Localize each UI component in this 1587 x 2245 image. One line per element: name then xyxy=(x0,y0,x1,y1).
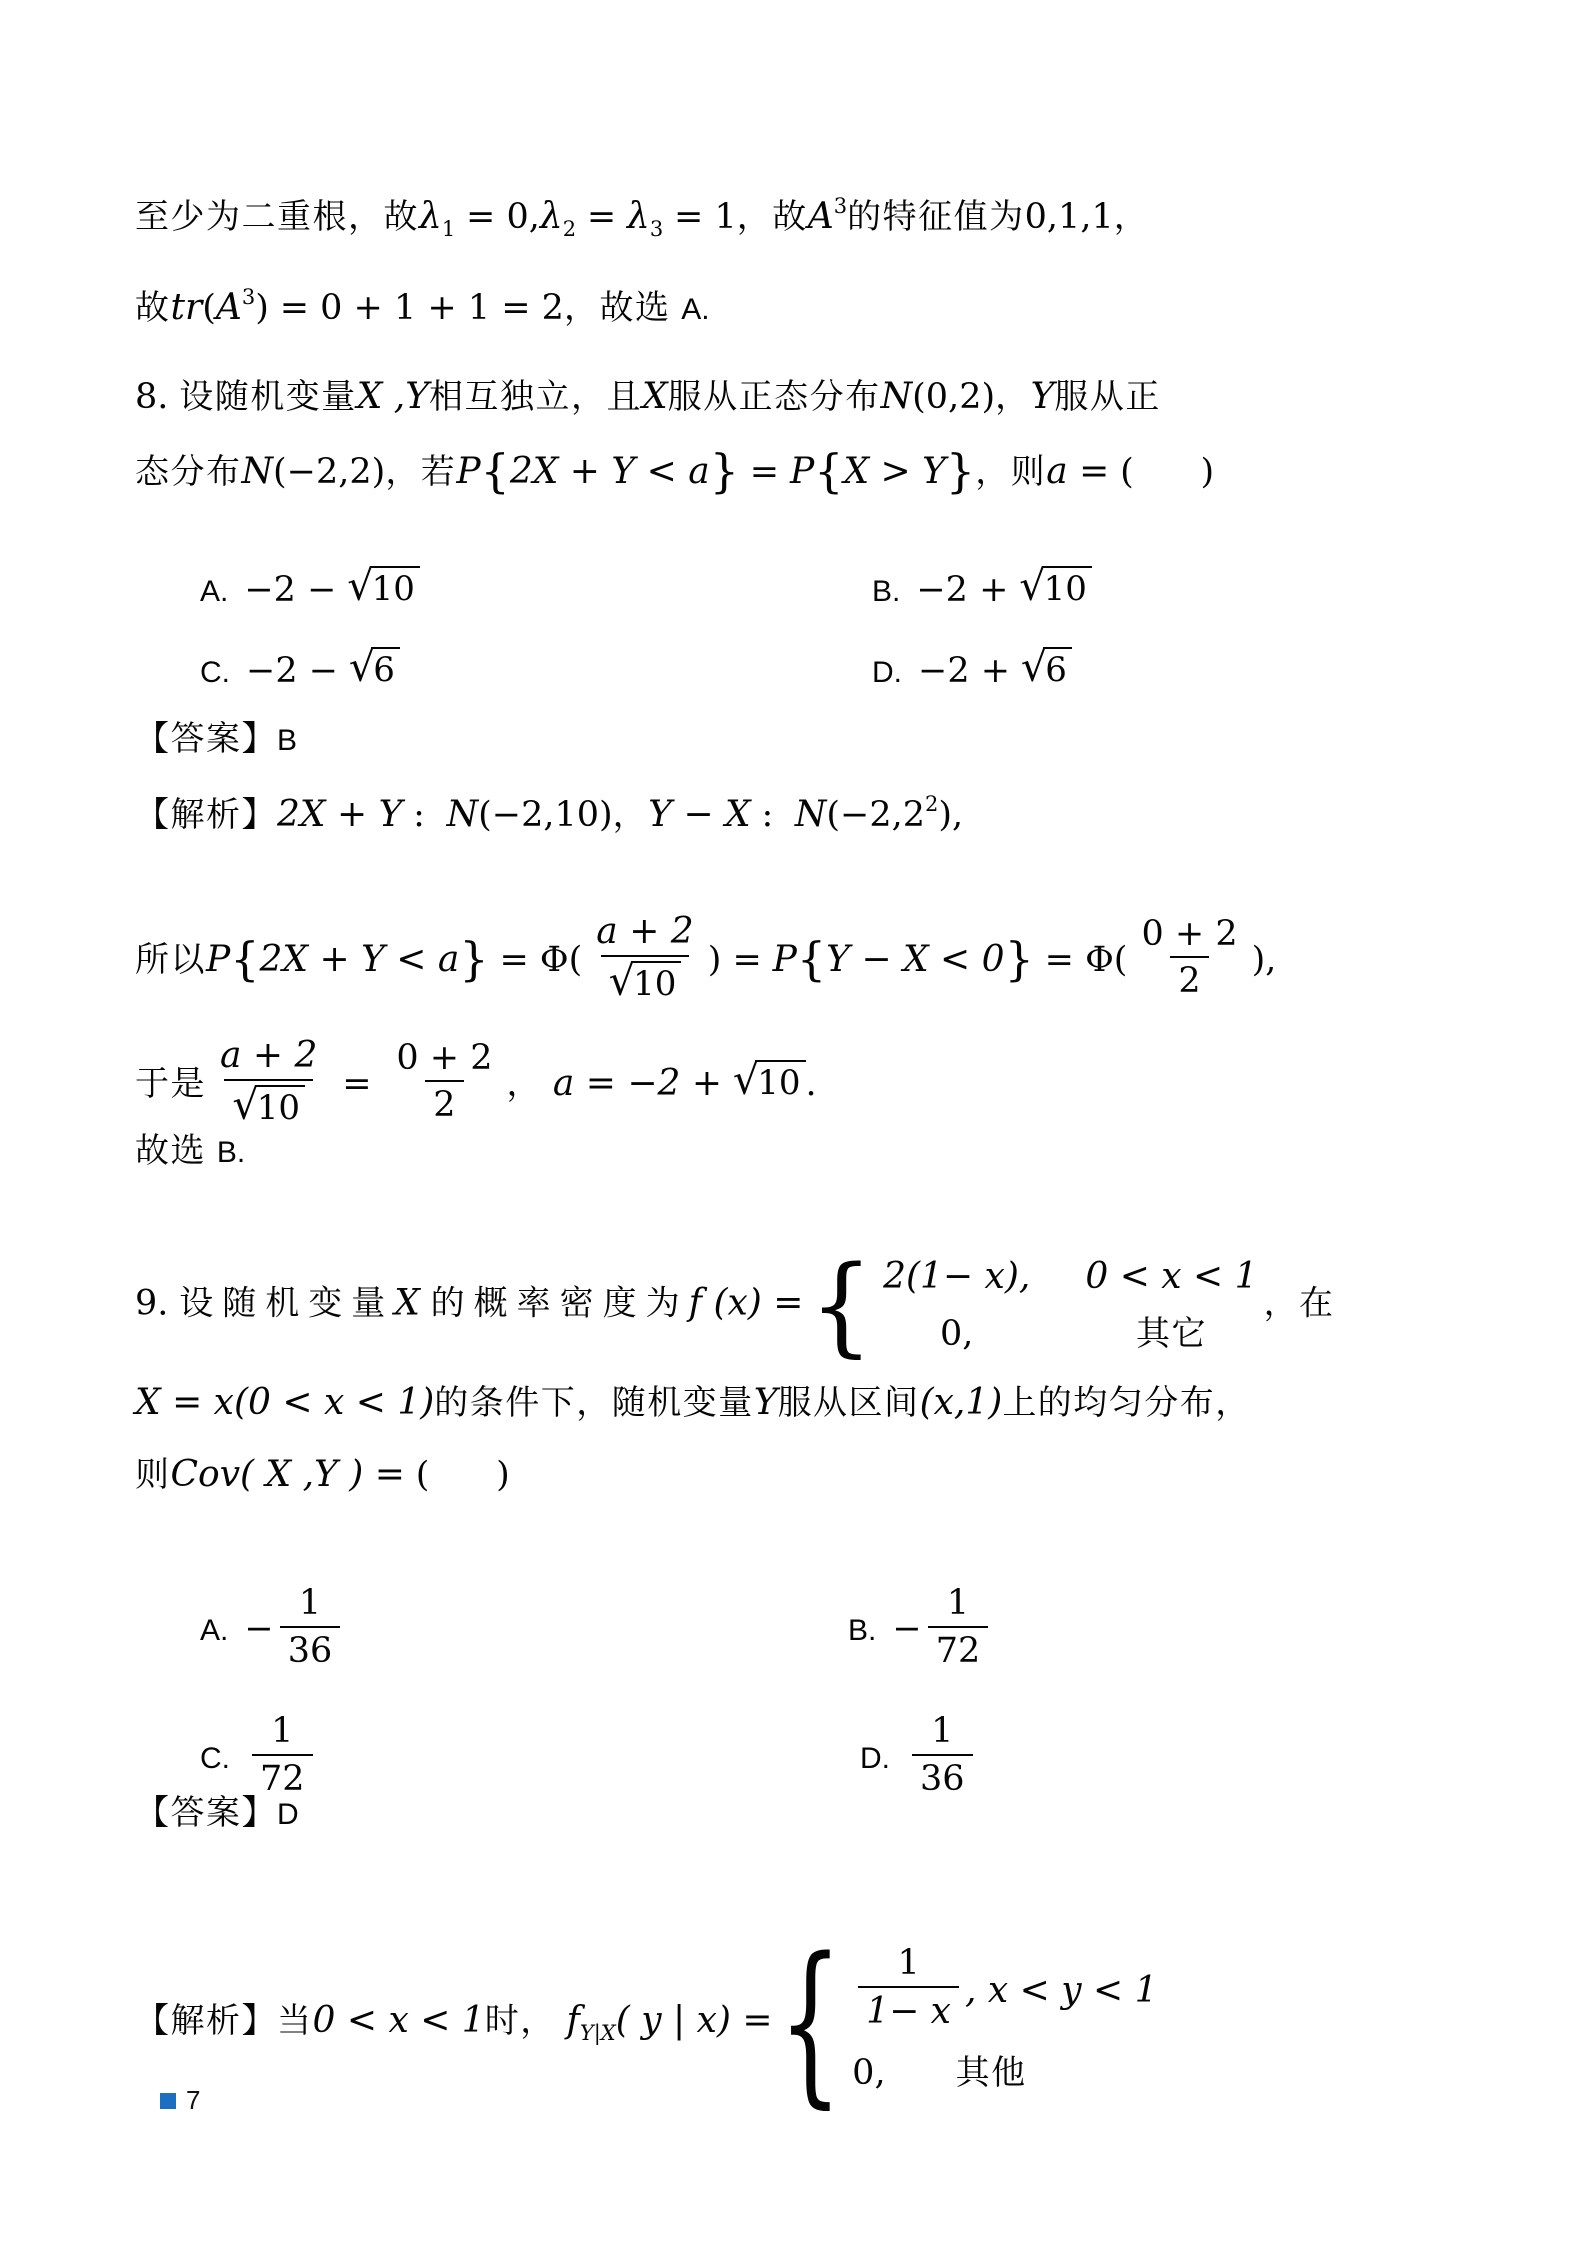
math-var: λ xyxy=(627,196,650,237)
math-var: P xyxy=(456,451,480,492)
frac-denominator: 2 xyxy=(1170,956,1208,1001)
sqrt-body: 10 xyxy=(255,1085,305,1125)
math-var: P xyxy=(206,939,230,980)
sqrt: √10 xyxy=(1019,566,1092,607)
frac-denominator: √10 xyxy=(224,1079,313,1128)
math-num: −2 − xyxy=(244,570,336,610)
math-num: (−2,2) xyxy=(273,452,385,492)
math-var: X xyxy=(394,1283,420,1324)
sqrt-body: 10 xyxy=(1042,566,1092,606)
sqrt-sign: √ xyxy=(347,564,373,605)
sqrt: √10 xyxy=(733,1060,806,1101)
math-var: N xyxy=(881,376,913,417)
left-brace: { xyxy=(797,932,826,986)
math-num: −2 + xyxy=(918,651,1010,691)
math-expr: a = −2 + xyxy=(553,1063,722,1104)
right-brace: } xyxy=(710,444,739,498)
answer-value: B xyxy=(277,724,297,757)
intro-line-1: 至少为二重根，故λ1 = 0,λ2 = λ3 = 1，故A3的特征值为0,1,1… xyxy=(135,192,1149,244)
piecewise: {11− x, x < y < 10,其他 xyxy=(779,1948,1158,2098)
cn-text: ，若 xyxy=(385,452,456,492)
q9-solution-1: 【解析】当0 < x < 1时， fY|X( y | x) ={11− x, x… xyxy=(135,1948,1164,2098)
math-op: = xyxy=(587,197,616,237)
question-number: 8. xyxy=(135,377,168,417)
sqrt: √6 xyxy=(1021,647,1072,688)
math-op: . xyxy=(806,1064,817,1104)
frac-numerator: 1 xyxy=(291,1584,329,1626)
math-var: N xyxy=(242,451,274,492)
q8-answer: 【答案】B xyxy=(135,716,297,764)
option-label: A. xyxy=(200,1614,228,1647)
piecewise-expr: 2(1− x), xyxy=(883,1252,1030,1302)
math-op: = Φ( xyxy=(1045,940,1128,980)
sqrt-body: 10 xyxy=(631,961,681,1001)
cn-text: 至少为二重根，故 xyxy=(135,197,419,237)
frac-denominator: √10 xyxy=(601,955,690,1004)
sqrt-body: 10 xyxy=(755,1060,805,1100)
fraction: a + 2√10 xyxy=(212,1036,325,1128)
question-number: 9. xyxy=(135,1284,168,1324)
option-label: B. xyxy=(872,575,900,608)
superscript: 3 xyxy=(834,194,847,218)
cn-text: 上的均匀分布， xyxy=(1002,1383,1251,1423)
math-expr: X = x(0 < x < 1) xyxy=(135,1382,434,1423)
math-var: A xyxy=(216,287,242,328)
math-op: = Φ( xyxy=(499,940,582,980)
math-num: (−2,10) xyxy=(478,795,613,835)
math-num: ), xyxy=(938,795,963,835)
math-op: = 0 + 1 + 1 = 2 xyxy=(280,288,564,328)
cn-text: 的特征值为 xyxy=(847,197,1025,237)
piecewise-expr: 0, xyxy=(940,1310,973,1359)
cn-text: 服从正态分布 xyxy=(668,377,881,417)
sqrt-sign: √ xyxy=(232,1083,258,1124)
cn-text: ， xyxy=(507,1064,543,1104)
q8-option-c: C.−2 − √6 xyxy=(200,647,400,696)
frac-numerator: 1 xyxy=(889,1944,927,1986)
q8-stem-1: 8. 设随机变量X ,Y相互独立，且X服从正态分布N(0,2)，Y服从正 xyxy=(135,372,1161,422)
fraction: 11− x xyxy=(858,1944,959,2031)
cn-text: ，在 xyxy=(1264,1284,1335,1324)
piecewise-cond: 0 < x < 1 xyxy=(1085,1252,1257,1302)
q8-solution-2: 所以P{2X + Y < a} = Φ(a + 2√10) = P{Y − X … xyxy=(135,916,1276,1008)
answer-blank: ( ) xyxy=(416,1455,510,1495)
option-label: B. xyxy=(848,1614,876,1647)
q9-stem-2: X = x(0 < x < 1)的条件下，随机变量Y服从区间(x,1)上的均匀分… xyxy=(135,1378,1251,1428)
choice-letter: B. xyxy=(217,1136,245,1169)
cn-text: 态分布 xyxy=(135,452,242,492)
math-expr: 2X + Y xyxy=(277,794,402,835)
cn-text: 当 xyxy=(277,2001,313,2041)
right-brace: } xyxy=(459,932,488,986)
frac-denominator: 36 xyxy=(280,1626,341,1671)
answer-tag: 【答案】 xyxy=(135,1793,277,1833)
answer-blank: ( ) xyxy=(1120,452,1214,492)
sqrt-body: 10 xyxy=(370,566,420,606)
superscript: 2 xyxy=(925,792,938,816)
subscript: 3 xyxy=(650,217,663,241)
frac-denominator: 2 xyxy=(425,1080,463,1125)
fraction: 172 xyxy=(252,1712,313,1798)
fraction: 0 + 22 xyxy=(1133,915,1245,1001)
sqrt-sign: √ xyxy=(1019,564,1045,605)
fraction: 172 xyxy=(928,1584,989,1670)
math-var: λ xyxy=(540,196,563,237)
frac-numerator: 1 xyxy=(923,1712,961,1754)
piecewise-rows: 2(1− x),0 < x < 10,其它 xyxy=(883,1252,1257,1359)
cn-text: 故选 xyxy=(135,1131,206,1171)
math-var: P xyxy=(790,451,814,492)
math-num: −2 − xyxy=(246,651,338,691)
math-op: = xyxy=(342,1064,371,1104)
math-expr: ( y | x) = xyxy=(616,2000,773,2041)
q9-answer: 【答案】D xyxy=(135,1790,299,1838)
cn-text: 服从区间 xyxy=(778,1383,920,1423)
subscript: 1 xyxy=(442,217,455,241)
cn-text: ， xyxy=(995,377,1031,417)
sqrt-body: 6 xyxy=(1043,647,1072,687)
answer-tag: 【答案】 xyxy=(135,719,277,759)
math-var: X xyxy=(642,376,668,417)
option-label: A. xyxy=(200,575,228,608)
frac-denominator: 72 xyxy=(928,1626,989,1671)
math-op: ) = xyxy=(708,940,762,980)
math-var: tr xyxy=(171,287,203,328)
q8-option-a: A.−2 − √10 xyxy=(200,566,420,615)
frac-numerator: 1 xyxy=(263,1712,301,1754)
left-brace: { xyxy=(230,932,259,986)
sqrt-sign: √ xyxy=(733,1058,759,1099)
math-var: λ xyxy=(419,196,442,237)
frac-denominator: 1− x xyxy=(858,1986,959,2032)
math-expr: 2X + Y < a xyxy=(510,451,710,492)
math-expr: (x,1) xyxy=(920,1382,1003,1423)
math-op: : xyxy=(413,795,425,835)
cn-text: 所以 xyxy=(135,940,206,980)
math-var: N xyxy=(795,794,827,835)
intro-line-2: 故tr(A3) = 0 + 1 + 1 = 2，故选 A. xyxy=(135,283,710,333)
cn-text: 设随机变量 xyxy=(179,1284,394,1324)
left-brace: { xyxy=(481,444,510,498)
option-label: D. xyxy=(872,656,902,689)
cn-text: ，则 xyxy=(975,452,1046,492)
sqrt-sign: √ xyxy=(609,959,635,1000)
minus-sign: − xyxy=(244,1609,273,1649)
math-var: N xyxy=(447,794,479,835)
option-label: C. xyxy=(200,1742,230,1775)
minus-sign: − xyxy=(892,1609,921,1649)
math-var: A xyxy=(808,196,834,237)
sqrt-body: 6 xyxy=(371,647,400,687)
frac-numerator: a + 2 xyxy=(588,912,701,955)
cn-text: ， xyxy=(613,795,649,835)
sqrt-sign: √ xyxy=(1021,645,1047,686)
frac-numerator: 0 + 2 xyxy=(388,1039,500,1081)
math-num: (0,2) xyxy=(912,377,995,417)
cn-text: 于是 xyxy=(135,1064,206,1104)
piecewise-cond: 其它 xyxy=(1136,1311,1207,1359)
cn-text: ，故 xyxy=(737,197,808,237)
frac-numerator: 0 + 2 xyxy=(1133,915,1245,957)
sqrt: √6 xyxy=(349,647,400,688)
cn-text: 服从正 xyxy=(1054,377,1161,417)
page-number: 7 xyxy=(186,2085,200,2116)
q9-stem-1: 9. 设随机变量X 的概率密度为f (x) ={2(1− x),0 < x < … xyxy=(135,1252,1335,1359)
math-op: = xyxy=(750,452,779,492)
cn-text: 则 xyxy=(135,1455,171,1495)
q9-option-b: B.−172 xyxy=(848,1588,994,1674)
piecewise-rows: 11− x, x < y < 10,其他 xyxy=(852,1948,1157,2098)
option-label: D. xyxy=(860,1742,890,1775)
subscript: 2 xyxy=(563,217,576,241)
sqrt: √10 xyxy=(609,961,682,1002)
q8-solution-3: 于是a + 2√10 = 0 + 22， a = −2 + √10. xyxy=(135,1040,817,1132)
math-expr: Cov( X ,Y ) = xyxy=(171,1454,405,1495)
math-op: : xyxy=(761,795,773,835)
math-expr: f (x) = xyxy=(689,1283,804,1324)
q8-option-d: D.−2 + √6 xyxy=(872,647,1072,696)
answer-value: D xyxy=(277,1798,299,1831)
q8-solution-4: 故选 B. xyxy=(135,1128,245,1176)
math-op: = 1 xyxy=(674,197,737,237)
choice-letter: A. xyxy=(681,293,709,326)
q9-stem-3: 则Cov( X ,Y ) = ( ) xyxy=(135,1450,510,1500)
math-expr: Y − X xyxy=(648,794,750,835)
math-num: −2 + xyxy=(916,570,1008,610)
math-var: P xyxy=(773,939,797,980)
math-op: ), xyxy=(1252,940,1277,980)
piecewise-row: 0,其他 xyxy=(852,2049,1026,2098)
subscript: Y|X xyxy=(580,2021,616,2045)
math-expr: 2X + Y < a xyxy=(260,939,460,980)
q8-solution-1: 【解析】2X + Y : N(−2,10)，Y − X : N(−2,22), xyxy=(135,790,963,840)
piecewise-cond: , x < y < 1 xyxy=(965,1966,1158,2016)
piecewise-cond: 其他 xyxy=(956,2050,1027,2098)
analysis-tag: 【解析】 xyxy=(135,795,277,835)
math-var: f xyxy=(567,2000,580,2041)
math-expr: 0 < x < 1 xyxy=(313,2000,485,2041)
cn-text: ，故选 xyxy=(564,288,671,328)
math-op: = 0, xyxy=(466,197,540,237)
cn-text: 故 xyxy=(135,288,171,328)
cn-text: 的条件下，随机变量 xyxy=(434,1383,754,1423)
q8-stem-2: 态分布N(−2,2)，若P{2X + Y < a} = P{X > Y}，则a … xyxy=(135,447,1214,497)
math-var: X ,Y xyxy=(357,376,429,417)
document-page: 至少为二重根，故λ1 = 0,λ2 = λ3 = 1，故A3的特征值为0,1,1… xyxy=(0,0,1587,2245)
right-brace: } xyxy=(946,444,975,498)
option-label: C. xyxy=(200,656,230,689)
analysis-tag: 【解析】 xyxy=(135,2001,277,2041)
math-expr: X > Y xyxy=(843,451,945,492)
frac-numerator: 1 xyxy=(939,1584,977,1626)
right-brace: } xyxy=(1005,932,1034,986)
fraction: 0 + 22 xyxy=(388,1039,500,1125)
superscript: 3 xyxy=(242,285,255,309)
sqrt: √10 xyxy=(347,566,420,607)
piecewise: {2(1− x),0 < x < 10,其它 xyxy=(809,1252,1257,1359)
fraction: 136 xyxy=(280,1584,341,1670)
left-brace: { xyxy=(814,444,843,498)
paren: ( xyxy=(202,288,216,328)
math-num: (−2,2 xyxy=(826,795,925,835)
math-num: 0,1,1 xyxy=(1025,197,1114,237)
piecewise-row: 11− x, x < y < 1 xyxy=(852,1948,1157,2035)
frac-numerator: a + 2 xyxy=(212,1036,325,1079)
cn-text: 时， xyxy=(485,2001,556,2041)
math-var: Y xyxy=(754,1382,778,1423)
cn-text: 的概率密度为 xyxy=(431,1284,689,1324)
q9-option-a: A.−136 xyxy=(200,1588,346,1674)
cn-text: 设随机变量 xyxy=(179,377,357,417)
sqrt-sign: √ xyxy=(349,645,375,686)
cn-text: 相互独立，且 xyxy=(429,377,642,417)
fraction: 136 xyxy=(912,1712,973,1798)
footer-square xyxy=(160,2093,176,2109)
math-var: Y xyxy=(1031,376,1055,417)
cn-text: ， xyxy=(1114,197,1150,237)
frac-denominator: 36 xyxy=(912,1754,973,1799)
piecewise-expr: 0, xyxy=(852,2049,885,2098)
sqrt: √10 xyxy=(232,1085,305,1126)
math-expr: Y − X < 0 xyxy=(826,939,1004,980)
math-var: a = xyxy=(1046,451,1109,492)
paren: ) xyxy=(255,288,269,328)
q9-option-d: D.136 xyxy=(860,1716,979,1802)
q8-option-b: B.−2 + √10 xyxy=(872,566,1092,615)
fraction: a + 2√10 xyxy=(588,912,701,1004)
